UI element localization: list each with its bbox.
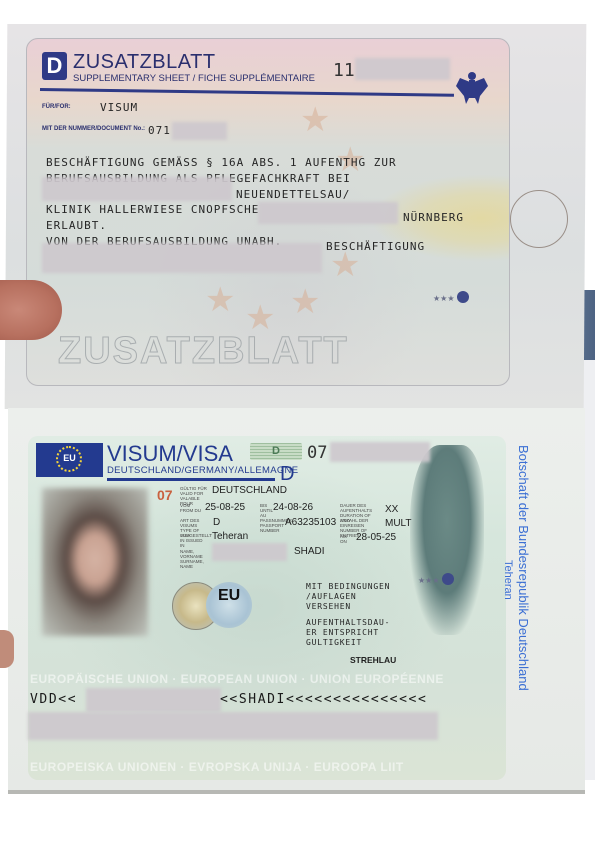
- doc-number-value: 071: [148, 124, 171, 137]
- mrz-line-1-end: <<SHADI<<<<<<<<<<<<<<<: [220, 692, 427, 707]
- eu-star-decoration: ★: [300, 100, 330, 140]
- remark-line: NÜRNBERG: [403, 211, 464, 224]
- visa-type-letter: D: [280, 463, 294, 486]
- duration-value: XX: [385, 504, 398, 515]
- visa-remark: AUFENTHALTSDAU-: [306, 618, 390, 627]
- visa-remark: GULTIGKEIT: [306, 638, 362, 647]
- remark-line: BESCHÄFTIGUNG GEMÄSS § 16A ABS. 1 AUFENT…: [46, 156, 397, 169]
- given-name-value: SHADI: [294, 546, 325, 557]
- visa-subtitle: DEUTSCHLAND/GERMANY/ALLEMAGNE: [107, 465, 298, 476]
- holding-finger: [0, 630, 14, 668]
- doc-number-label: MIT DER NUMMER/DOCUMENT No.:: [42, 126, 145, 132]
- vertical-visa-number: 07: [157, 488, 169, 503]
- ghost-image-disc: [510, 190, 568, 248]
- eu-star-decoration: ★: [205, 280, 235, 320]
- embassy-stamp-city: Teheran: [502, 560, 514, 600]
- remark-line: ERLAUBT.: [46, 219, 107, 232]
- issued-in-value: Teheran: [212, 531, 248, 542]
- field-label: AM ON: [340, 534, 354, 544]
- redaction-mrz-surname: [86, 688, 221, 712]
- field-label: AUSGESTELLT IN ISSUED IN: [180, 533, 204, 548]
- remark-line: NEUENDETTELSAU/: [236, 188, 350, 201]
- visa-security-seal: EU: [172, 582, 262, 628]
- sheet-title: ZUSATZBLATT: [73, 51, 216, 74]
- sheet-watermark: ZUSATZBLATT: [58, 330, 349, 373]
- eu-star-decoration: ★: [290, 282, 320, 322]
- sheet-serial-number: 11: [333, 60, 355, 81]
- visa-remark: ER ENTSPRICHT: [306, 628, 379, 637]
- country-badge: D: [250, 443, 302, 460]
- valid-until-value: 24-08-26: [273, 502, 313, 513]
- redaction-surname: [212, 543, 287, 561]
- visa-type-value: D: [213, 517, 220, 528]
- entries-value: MULT: [385, 518, 411, 529]
- redaction-doc-number: [172, 122, 227, 140]
- issued-on-value: 28-05-25: [356, 532, 396, 543]
- field-label: BIS UNTIL AU: [260, 503, 274, 518]
- remark-line: KLINIK HALLERWIESE CNOPFSCHE: [46, 203, 259, 216]
- microtext-rule: [107, 478, 275, 481]
- holder-photo: [42, 488, 148, 636]
- field-label: PASSNUMMER PASSPORT NUMBER: [260, 518, 282, 533]
- holding-finger: [0, 280, 62, 340]
- field-label: NAME, VORNAME SURNAME, NAME: [180, 549, 206, 569]
- visa-number: 07: [307, 443, 327, 463]
- sheet-subtitle: SUPPLEMENTARY SHEET / FICHE SUPPLÉMENTAI…: [73, 73, 315, 84]
- eagle-small-icon: ★★★: [433, 290, 473, 304]
- eagle-small-icon: ★★★: [418, 572, 458, 586]
- redaction-visa-number: [330, 442, 430, 462]
- field-label: VOM FROM DU: [180, 503, 204, 513]
- passport-number-value: A63235103: [285, 517, 336, 528]
- valid-for-value: DEUTSCHLAND: [212, 485, 287, 496]
- eu-microtext-band: EUROPÄISCHE UNION · EUROPEAN UNION · UNI…: [30, 672, 444, 686]
- embassy-stamp: Botschaft der Bundesrepublik Deutschland: [516, 445, 531, 691]
- eu-flag-icon: EU: [36, 443, 103, 477]
- redaction-remarks: [42, 243, 322, 273]
- security-wave-pattern: [410, 445, 484, 635]
- country-code-badge: D: [42, 52, 67, 80]
- passport-edge: [8, 790, 585, 794]
- redaction-remarks: [42, 177, 232, 201]
- redaction-serial: [355, 58, 450, 80]
- svg-text:★★★: ★★★: [433, 294, 455, 303]
- visa-remark: MIT BEDINGUNGEN: [306, 582, 390, 591]
- visa-title: VISUM/VISA: [107, 441, 233, 467]
- for-value: VISUM: [100, 101, 138, 114]
- federal-eagle-icon: [452, 68, 492, 108]
- redaction-mrz-line-2: [28, 712, 438, 740]
- for-label: FÜR/FOR:: [42, 104, 71, 110]
- visa-remark: VERSEHEN: [306, 602, 351, 611]
- valid-from-value: 25-08-25: [205, 502, 245, 513]
- svg-text:★★★: ★★★: [418, 576, 440, 585]
- remark-line: BESCHÄFTIGUNG: [326, 240, 425, 253]
- eu-microtext-band: EUROPEISKA UNIONEN · EVROPSKA UNIJA · EU…: [30, 760, 404, 774]
- visa-remark: /AUFLAGEN: [306, 592, 357, 601]
- mrz-line-1-start: VDD<<: [30, 692, 77, 707]
- redaction-remarks: [258, 202, 398, 224]
- issuing-officer-signature: STREHLAU: [350, 655, 396, 665]
